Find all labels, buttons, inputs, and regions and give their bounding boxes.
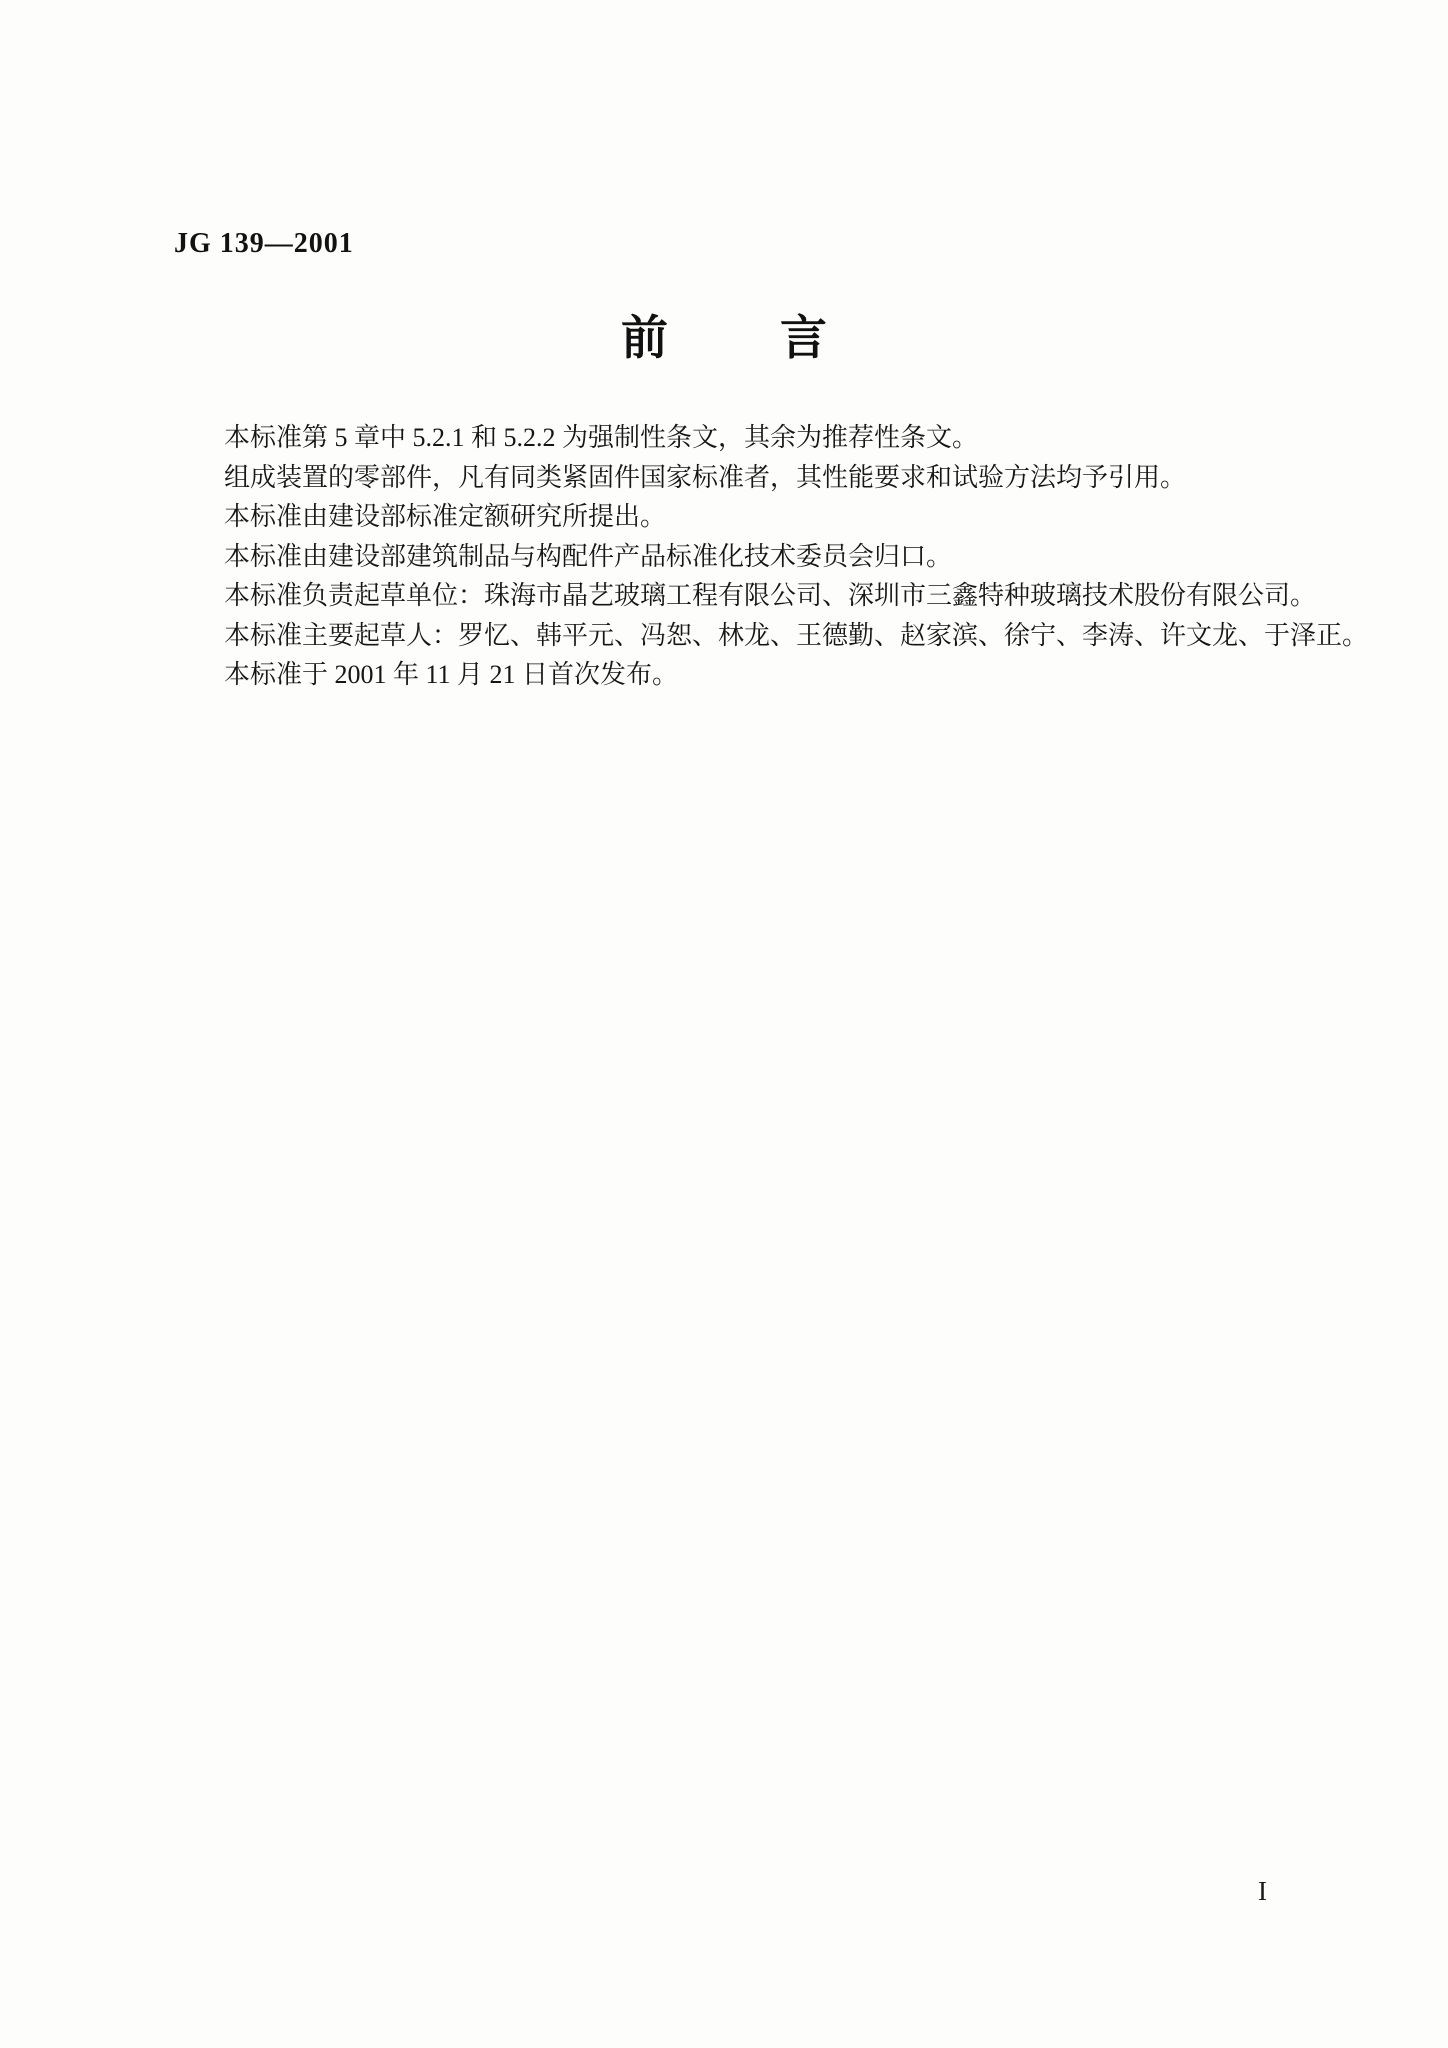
foreword-paragraph: 本标准于 2001 年 11 月 21 日首次发布。 — [172, 655, 1352, 695]
foreword-paragraph: 本标准主要起草人：罗忆、韩平元、冯恕、林龙、王德勤、赵家滨、徐宁、李涛、许文龙、… — [172, 616, 1352, 656]
foreword-paragraph: 组成装置的零部件，凡有同类紧固件国家标准者，其性能要求和试验方法均予引用。 — [172, 458, 1352, 498]
foreword-body: 本标准第 5 章中 5.2.1 和 5.2.2 为强制性条文，其余为推荐性条文。… — [172, 418, 1352, 695]
foreword-paragraph: 本标准由建设部建筑制品与构配件产品标准化技术委员会归口。 — [172, 537, 1352, 577]
page-title: 前言 — [0, 312, 1448, 366]
page-title-char-1: 前 — [621, 313, 668, 365]
foreword-paragraph: 本标准第 5 章中 5.2.1 和 5.2.2 为强制性条文，其余为推荐性条文。 — [172, 418, 1352, 458]
page-title-char-2: 言 — [780, 313, 827, 365]
foreword-paragraph: 本标准由建设部标准定额研究所提出。 — [172, 497, 1352, 537]
document-code: JG 139—2001 — [174, 228, 354, 260]
page-number: I — [1258, 1876, 1267, 1907]
document-page: JG 139—2001 前言 本标准第 5 章中 5.2.1 和 5.2.2 为… — [0, 0, 1448, 2048]
foreword-paragraph: 本标准负责起草单位：珠海市晶艺玻璃工程有限公司、深圳市三鑫特种玻璃技术股份有限公… — [172, 576, 1352, 616]
